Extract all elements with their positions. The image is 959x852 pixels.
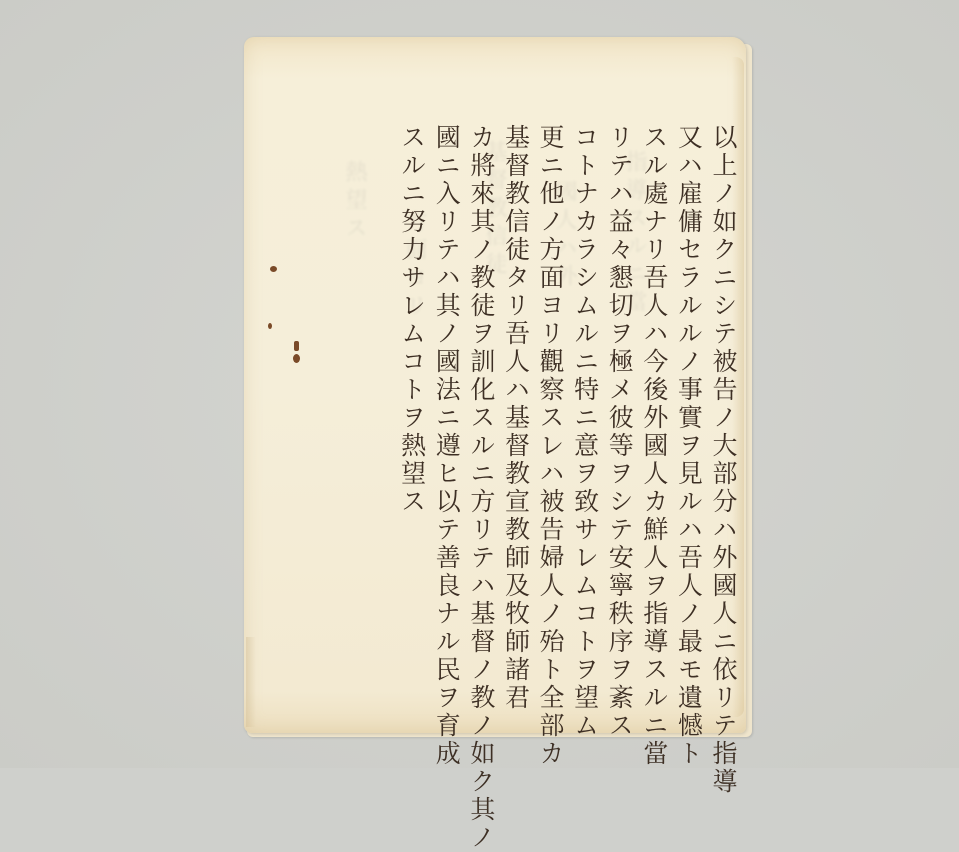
stain-spot-1 bbox=[270, 266, 277, 272]
text-column-6: 更ニ他ノ方面ヨリ觀察スレハ被告婦人ノ殆ト全部カ bbox=[532, 124, 567, 704]
stain-spot-4 bbox=[293, 354, 300, 363]
manuscript-text: 以上ノ如クニシテ被告ノ大部分ハ外國人ニ依リテ指導 又ハ雇傭セラルルノ事實ヲ見ルハ… bbox=[340, 124, 740, 704]
page-left-edge-fold bbox=[246, 637, 256, 727]
text-column-1: 以上ノ如クニシテ被告ノ大部分ハ外國人ニ依リテ指導 bbox=[705, 124, 740, 704]
text-column-3: スル處ナリ吾人ハ今後外國人カ鮮人ヲ指導スルニ當 bbox=[636, 124, 671, 704]
text-column-10: スルニ努力サレムコトヲ熱望ス bbox=[394, 124, 429, 704]
text-column-8: カ將來其ノ教徒ヲ訓化スルニ方リテハ基督ノ教ノ如ク其ノ bbox=[463, 124, 498, 704]
text-column-7: 基督教信徒タリ吾人ハ基督教宣教師及牧師諸君 bbox=[498, 124, 533, 704]
text-column-5: コトナカラシムルニ特ニ意ヲ致サレムコトヲ望ム bbox=[567, 124, 602, 704]
text-column-2: 又ハ雇傭セラルルノ事實ヲ見ルハ吾人ノ最モ遺憾ト bbox=[671, 124, 706, 704]
text-column-4: リテハ益々懇切ヲ極メ彼等ヲシテ安寧秩序ヲ紊ス bbox=[602, 124, 637, 704]
stain-spot-2 bbox=[268, 323, 272, 329]
stain-spot-3 bbox=[294, 341, 299, 351]
text-column-9: 國ニ入リテハ其ノ國法ニ遵ヒ以テ善良ナル民ヲ育成 bbox=[429, 124, 464, 704]
